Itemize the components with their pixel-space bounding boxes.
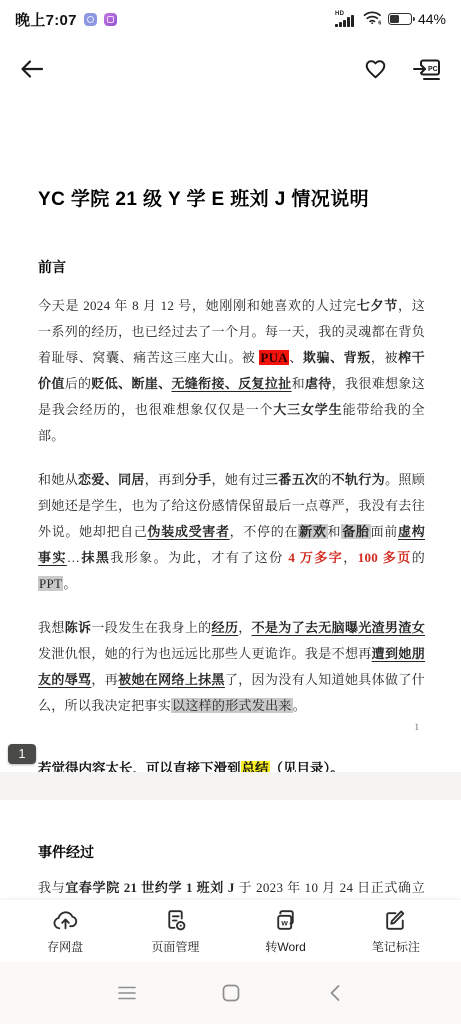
convert-to-word-icon: w	[272, 908, 299, 933]
bottom-toolbar: 存网盘 页面管理 w 转Word	[0, 900, 461, 962]
paragraph: 今天是 2024 年 8 月 12 号，她刚刚和她喜欢的人过完七夕节，这一系列的…	[38, 293, 425, 449]
tool-label: 转Word	[265, 938, 305, 955]
cellular-signal-icon: HD	[335, 11, 357, 28]
note-annotate-icon	[382, 908, 409, 933]
page-separator	[0, 772, 461, 800]
status-bar: 晚上7:07 HD 6 44%	[0, 0, 461, 38]
notification-app-icon-1	[84, 13, 97, 26]
tool-label: 笔记标注	[372, 938, 420, 955]
send-to-pc-button[interactable]: PC	[412, 56, 442, 82]
document-page-1: YC 学院 21 级 Y 学 E 班刘 J 情况说明 前言 今天是 2024 年…	[0, 100, 461, 772]
page-indicator-badge: 1	[8, 744, 36, 764]
menu-icon[interactable]	[115, 981, 139, 1005]
page-manage-icon	[162, 908, 189, 933]
skip-to-summary-note: 若觉得内容太长，可以直接下滑到总结（见目录）。	[38, 757, 425, 772]
clock: 晚上7:07	[15, 9, 77, 30]
tool-label: 存网盘	[47, 938, 83, 955]
document-page-2: 事件经过 我与宜春学院 21 世约学 1 班刘 J 于 2023 年 10 月 …	[0, 800, 461, 900]
page-footer-number: 1	[415, 722, 420, 732]
paragraph: 和她从恋爱、同居，再到分手，她有过三番五次的不轨行为。照顾到她还是学生，也为了给…	[38, 467, 425, 597]
convert-to-word-button[interactable]: w 转Word	[242, 908, 330, 955]
home-icon[interactable]	[219, 981, 243, 1005]
wifi-icon: 6	[363, 10, 382, 30]
notification-app-icon-2	[104, 13, 117, 26]
battery-percent: 44%	[418, 11, 446, 27]
events-heading: 事件经过	[38, 842, 425, 862]
tool-label: 页面管理	[151, 938, 199, 955]
app-nav-bar: PC	[0, 38, 461, 100]
paragraph: 我与宜春学院 21 世约学 1 班刘 J 于 2023 年 10 月 24 日正…	[38, 875, 425, 900]
page-manage-button[interactable]: 页面管理	[131, 908, 219, 955]
note-annotate-button[interactable]: 笔记标注	[352, 908, 440, 955]
svg-text:w: w	[280, 917, 288, 927]
preface-heading: 前言	[38, 257, 425, 277]
battery-icon	[388, 13, 412, 25]
screen: 晚上7:07 HD 6 44%	[0, 0, 461, 1024]
save-to-cloud-button[interactable]: 存网盘	[21, 908, 109, 955]
document-title: YC 学院 21 级 Y 学 E 班刘 J 情况说明	[38, 184, 425, 211]
paragraph: 我想陈诉一段发生在我身上的经历，不是为了去无脑曝光渣男渣女发泄仇恨，她的行为也远…	[38, 615, 425, 719]
cloud-upload-icon	[52, 908, 79, 933]
system-nav-bar	[0, 962, 461, 1024]
favorite-button[interactable]	[363, 57, 388, 81]
back-chevron-icon[interactable]	[323, 981, 347, 1005]
svg-text:6: 6	[378, 21, 381, 26]
svg-text:PC: PC	[428, 66, 438, 73]
back-button[interactable]	[19, 57, 45, 81]
